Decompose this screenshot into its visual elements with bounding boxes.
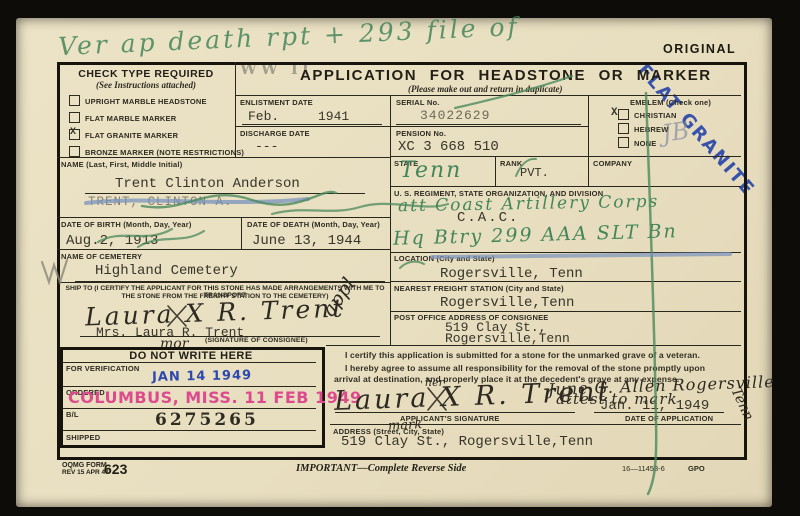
form-number: 623 [104,461,127,477]
pension-label: PENSION No. [396,129,446,138]
bl-number-stamp: 6275265 [155,410,259,430]
dod-label: DATE OF DEATH (Month, Day, Year) [247,220,380,229]
name-value: Trent Clinton Anderson [115,176,300,192]
form-rev: REV 15 APR 47 [62,469,109,476]
certification-line2a: I hereby agree to assume all responsibil… [345,363,705,373]
address-value: 519 Clay St., Rogersville,Tenn [341,434,593,450]
company-label: COMPANY [593,159,632,168]
enlistment-year: 1941 [318,109,349,124]
enlistment-month: Feb. [248,109,279,124]
serial-label: SERIAL No. [396,98,440,107]
dod-value: June 13, 1944 [252,233,361,249]
location-label: LOCATION (City and State) [394,254,495,263]
pension-value: XC 3 668 510 [398,139,499,155]
enlistment-label: ENLISTMENT DATE [240,98,313,107]
freight-value: Rogersville,Tenn [440,295,574,311]
dob-value: Aug.2, 1913 [66,233,158,249]
checkbox-hebrew-label: HEBREW [634,125,669,134]
footer-important: IMPORTANT—Complete Reverse Side [296,463,466,474]
checkbox-christian [618,109,629,120]
discharge-label: DISCHARGE DATE [240,129,310,138]
discharge-value: --- [255,139,278,154]
footer-gpo: GPO [688,464,705,473]
her-annotation: her [425,376,444,389]
po-address-line2: Rogersville,Tenn [445,331,570,346]
verification-date-stamp: JAN 14 1949 [152,368,252,385]
cemetery-value: Highland Cemetery [95,263,238,279]
checkbox-none [618,137,629,148]
dob-label: DATE OF BIRTH (Month, Day, Year) [61,220,192,229]
form-title: APPLICATION FOR HEADSTONE OR MARKER [300,67,712,84]
form-id: OQMG FORM [62,462,107,469]
checkbox-bronze-label: BRONZE MARKER (NOTE RESTRICTIONS) [85,148,244,157]
applicant-signature-label: APPLICANT'S SIGNATURE [400,414,500,423]
bl-label: B/L [66,410,79,419]
do-not-write-title: DO NOT WRITE HERE [63,350,319,362]
checkbox-flat-marble [69,112,80,123]
checkbox-none-label: NONE [634,139,656,148]
signature-of-consignee-label: (SIGNATURE OF CONSIGNEE) [205,337,308,344]
checkbox-christian-label: CHRISTIAN [634,111,677,120]
form-subtitle: (Please make out and return in duplicate… [408,84,563,94]
checkbox-upright-marble-label: UPRIGHT MARBLE HEADSTONE [85,97,207,106]
checkbox-hebrew [618,123,629,134]
check-type-section: CHECK TYPE REQUIRED (See Instructions at… [57,62,235,157]
checkbox-upright-marble [69,95,80,106]
checkbox-bronze [69,146,80,157]
ordered-stamp: COLUMBUS, MISS. 11 FEB 1949 [68,388,362,407]
state-handwritten-value: Tenn [400,158,462,183]
emblem-label: EMBLEM (Check one) [630,98,711,107]
regiment-value: C.A.C. [457,210,519,226]
checkbox-flat-granite-label: FLAT GRANITE MARKER [85,131,178,140]
footer-print-code: 16—11453-6 [622,464,665,473]
scanned-document: Ver ap death rpt + 293 file of ORIGINAL … [0,0,800,516]
certification-line1: I certify this application is submitted … [345,350,700,360]
name-label: NAME (Last, First, Middle Initial) [61,160,182,169]
verification-label: FOR VERIFICATION [66,364,139,373]
rank-value: PVT. [520,166,549,180]
name-stamped-value: TRENT, CLINTON A. [88,195,233,209]
checkbox-flat-marble-label: FLAT MARBLE MARKER [85,114,176,123]
date-of-application-label: DATE OF APPLICATION [625,414,713,423]
shipped-label: SHIPPED [66,433,100,442]
location-value: Rogersville, Tenn [440,266,583,282]
serial-value: 34022629 [420,108,490,123]
check-type-subtitle: (See Instructions attached) [57,80,235,90]
check-type-title: CHECK TYPE REQUIRED [57,68,235,80]
freight-label: NEAREST FREIGHT STATION (City and State) [394,284,564,293]
original-label: ORIGINAL [663,42,736,56]
